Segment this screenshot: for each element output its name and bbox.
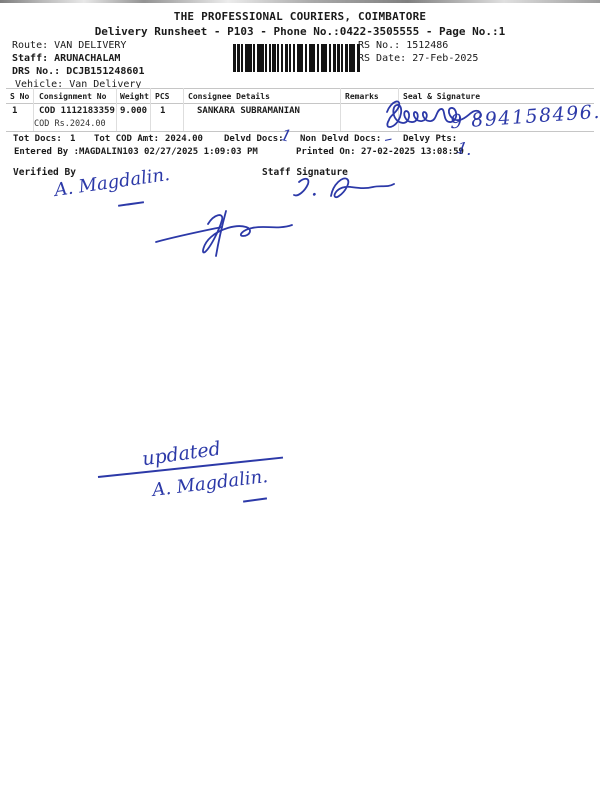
tot-docs-value: 1	[70, 134, 75, 144]
route-line: Route: VAN DELIVERY	[12, 40, 126, 51]
table-bottom-rule	[6, 131, 594, 132]
drs-value: DCJB151248601	[66, 66, 144, 77]
rs-no-line: RS No.: 1512486	[358, 40, 448, 51]
entered-by-line: Entered By :MAGDALIN103 02/27/2025 1:09:…	[14, 147, 258, 157]
delvd-docs-label: Delvd Docs:	[224, 134, 284, 144]
delvy-pts-label: Delvy Pts:	[403, 134, 457, 144]
rs-date-value: 27-Feb-2025	[412, 53, 478, 64]
drs-label: DRS No.:	[12, 66, 60, 77]
tot-cod-label: Tot COD Amt:	[94, 134, 159, 144]
staff-signature-ink	[285, 172, 400, 206]
col-header-weight: Weight	[120, 92, 149, 101]
verified-by-label: Verified By	[13, 167, 76, 178]
col-header-consignment: Consignment No	[39, 92, 106, 101]
page-title: THE PROFESSIONAL COURIERS, COIMBATORE	[0, 10, 600, 23]
handwritten-delvy-pts: 1.	[455, 138, 473, 159]
row-consignee: SANKARA SUBRAMANIAN	[197, 106, 300, 116]
delivery-runsheet-scan: THE PROFESSIONAL COURIERS, COIMBATORE De…	[0, 0, 600, 800]
rs-no-value: 1512486	[406, 40, 448, 51]
staff-label: Staff:	[12, 53, 48, 64]
row-consignment: COD 1112183359	[39, 106, 115, 116]
staff-value: ARUNACHALAM	[54, 53, 120, 64]
rs-date-line: RS Date: 27-Feb-2025	[358, 53, 478, 64]
scan-edge-artifact	[0, 0, 600, 3]
verified-by-signature-underline	[118, 201, 144, 206]
rs-no-label: RS No.:	[358, 40, 400, 51]
table-col-rule	[340, 88, 341, 131]
courier-signature-ink	[148, 206, 300, 261]
table-col-rule	[150, 88, 151, 131]
staff-line: Staff: ARUNACHALAM	[12, 53, 120, 64]
barcode	[233, 44, 360, 72]
handwritten-delvd-docs: 1	[279, 125, 293, 146]
col-header-sno: S No	[10, 92, 29, 101]
col-header-remarks: Remarks	[345, 92, 379, 101]
table-top-rule	[6, 88, 594, 89]
route-label: Route:	[12, 40, 48, 51]
table-col-rule	[183, 88, 184, 131]
tot-cod-value: 2024.00	[165, 134, 203, 144]
row-sno: 1	[12, 106, 17, 116]
col-header-consignee: Consignee Details	[188, 92, 270, 101]
row-cod-note: COD Rs.2024.00	[34, 119, 106, 129]
table-col-rule	[116, 88, 117, 131]
route-value: VAN DELIVERY	[54, 40, 126, 51]
page-subtitle: Delivery Runsheet - P103 - Phone No.:042…	[0, 25, 600, 38]
drs-line: DRS No.: DCJB151248601	[12, 66, 144, 77]
rs-date-label: RS Date:	[358, 53, 406, 64]
row-pcs: 1	[160, 106, 165, 116]
row-weight: 9.000	[120, 106, 147, 116]
non-delvd-label: Non Delvd Docs:	[300, 134, 381, 144]
col-header-pcs: PCS	[155, 92, 169, 101]
tot-docs-label: Tot Docs:	[13, 134, 62, 144]
table-header-rule	[6, 103, 594, 104]
printed-on-line: Printed On: 27-02-2025 13:08:59	[296, 147, 464, 157]
handwritten-note-signature-underline	[243, 497, 267, 502]
handwritten-note-signature: A. Magdalin.	[151, 466, 269, 501]
